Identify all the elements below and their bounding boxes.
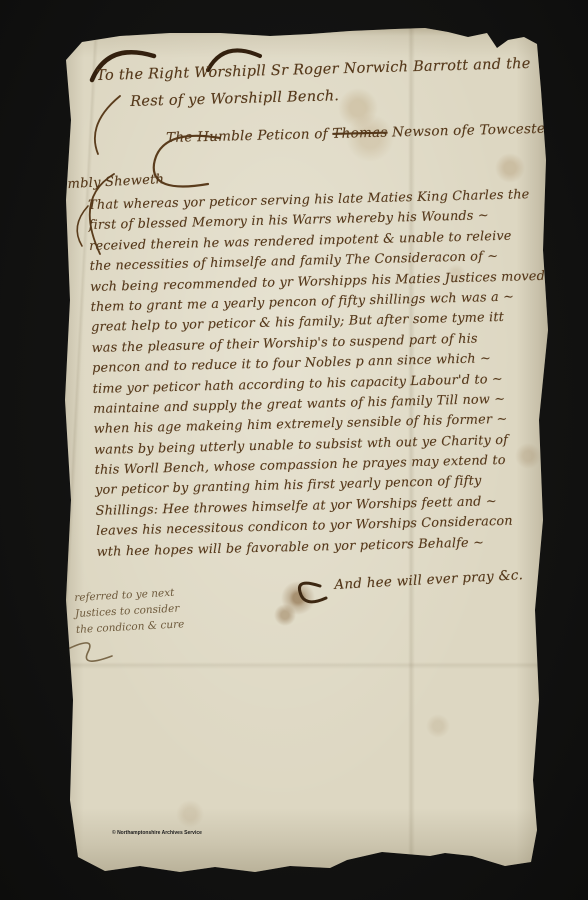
manuscript-page: To the Right Worshipll Sr Roger Norwich … bbox=[58, 26, 552, 878]
clerk-margin-note: referred to ye next Justices to consider… bbox=[74, 586, 185, 640]
petition-body: That whereas yor peticor serving his lat… bbox=[88, 187, 559, 565]
petitioner-name-struck: Thomas bbox=[332, 125, 387, 142]
archive-credit: © Northamptonshire Archives Service bbox=[112, 830, 202, 836]
scan-background: To the Right Worshipll Sr Roger Norwich … bbox=[0, 0, 588, 900]
